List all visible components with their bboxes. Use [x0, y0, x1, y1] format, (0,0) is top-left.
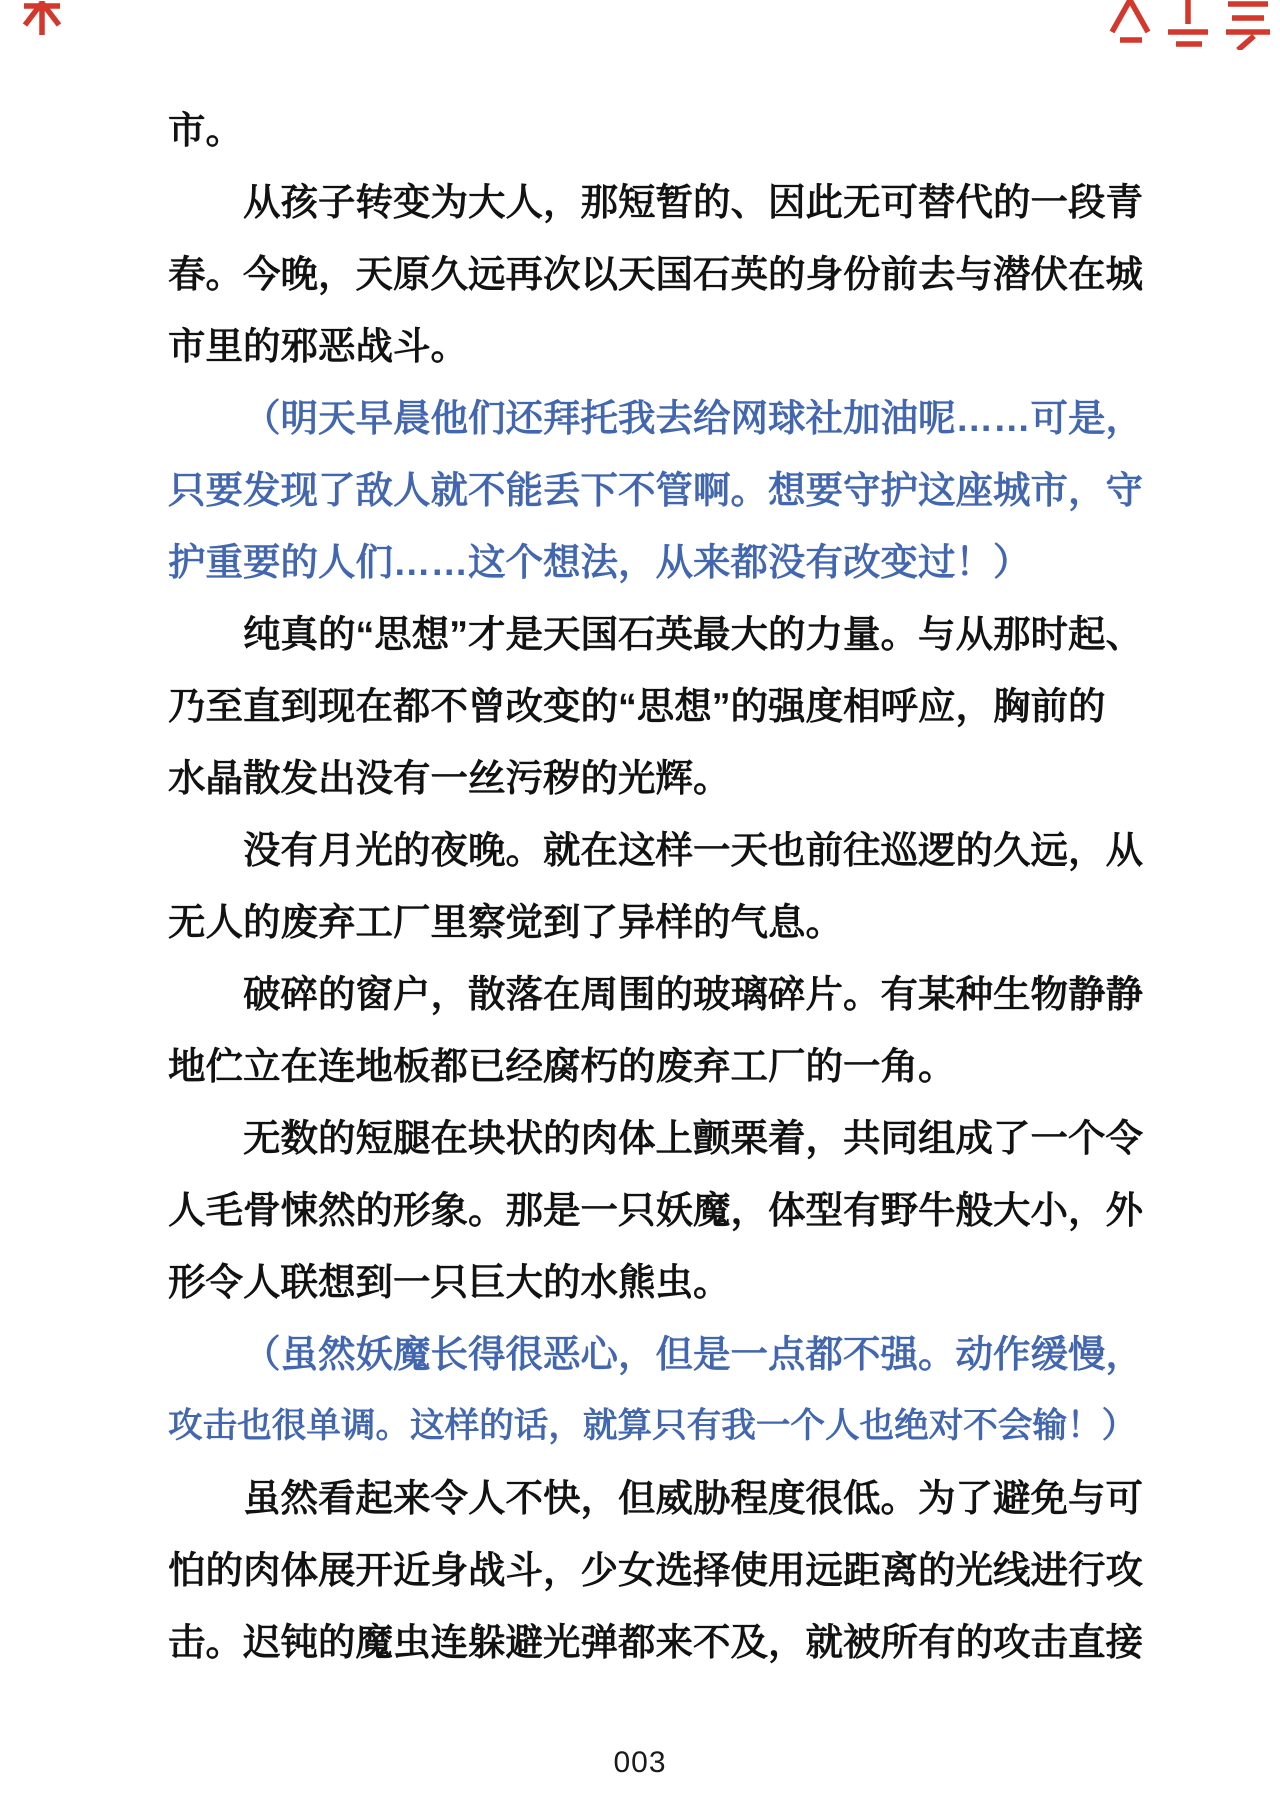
text-line: 形令人联想到一只巨大的水熊虫。	[168, 1246, 1144, 1318]
text-line: 从孩子转变为大人，那短暂的、因此无可替代的一段青	[168, 166, 1144, 238]
text-line: 没有月光的夜晚。就在这样一天也前往巡逻的久远，从	[168, 814, 1144, 886]
text-line: （虽然妖魔长得很恶心，但是一点都不强。动作缓慢，	[168, 1318, 1144, 1390]
text-line: 地伫立在连地板都已经腐朽的废弃工厂的一角。	[168, 1030, 1144, 1102]
text-line: 怕的肉体展开近身战斗，少女选择使用远距离的光线进行攻	[168, 1534, 1144, 1606]
text-line: 水晶散发出没有一丝污秽的光辉。	[168, 742, 1144, 814]
text-line: 市。	[168, 94, 1144, 166]
text-line: 护重要的人们……这个想法，从来都没有改变过！）	[168, 526, 1144, 598]
text-line: 攻击也很单调。这样的话，就算只有我一个人也绝对不会输！）	[168, 1390, 1144, 1462]
text-line: 击。迟钝的魔虫连躲避光弹都来不及，就被所有的攻击直接	[168, 1606, 1144, 1678]
text-content: 市。 从孩子转变为大人，那短暂的、因此无可替代的一段青 春。今晚，天原久远再次以…	[168, 94, 1144, 1678]
text-line: 无人的废弃工厂里察觉到了异样的气息。	[168, 886, 1144, 958]
text-line: 只要发现了敌人就不能丢下不管啊。想要守护这座城市，守	[168, 454, 1144, 526]
text-line: 市里的邪恶战斗。	[168, 310, 1144, 382]
text-line: 春。今晚，天原久远再次以天国石英的身份前去与潜伏在城	[168, 238, 1144, 310]
page-number: 003	[0, 1746, 1280, 1780]
text-line: 人毛骨悚然的形象。那是一只妖魔，体型有野牛般大小，外	[168, 1174, 1144, 1246]
text-line: 虽然看起来令人不快，但威胁程度很低。为了避免与可	[168, 1462, 1144, 1534]
text-line: （明天早晨他们还拜托我去给网球社加油呢……可是，	[168, 382, 1144, 454]
novel-page: 市。 从孩子转变为大人，那短暂的、因此无可替代的一段青 春。今晚，天原久远再次以…	[0, 0, 1280, 1807]
text-line: 乃至直到现在都不曾改变的“思想”的强度相呼应，胸前的	[168, 670, 1144, 742]
text-line: 破碎的窗户，散落在周围的玻璃碎片。有某种生物静静	[168, 958, 1144, 1030]
red-stamp-left	[22, 0, 62, 36]
text-line: 无数的短腿在块状的肉体上颤栗着，共同组成了一个令	[168, 1102, 1144, 1174]
text-line: 纯真的“思想”才是天国石英最大的力量。与从那时起、	[168, 598, 1144, 670]
red-stamp-right	[1108, 0, 1272, 50]
